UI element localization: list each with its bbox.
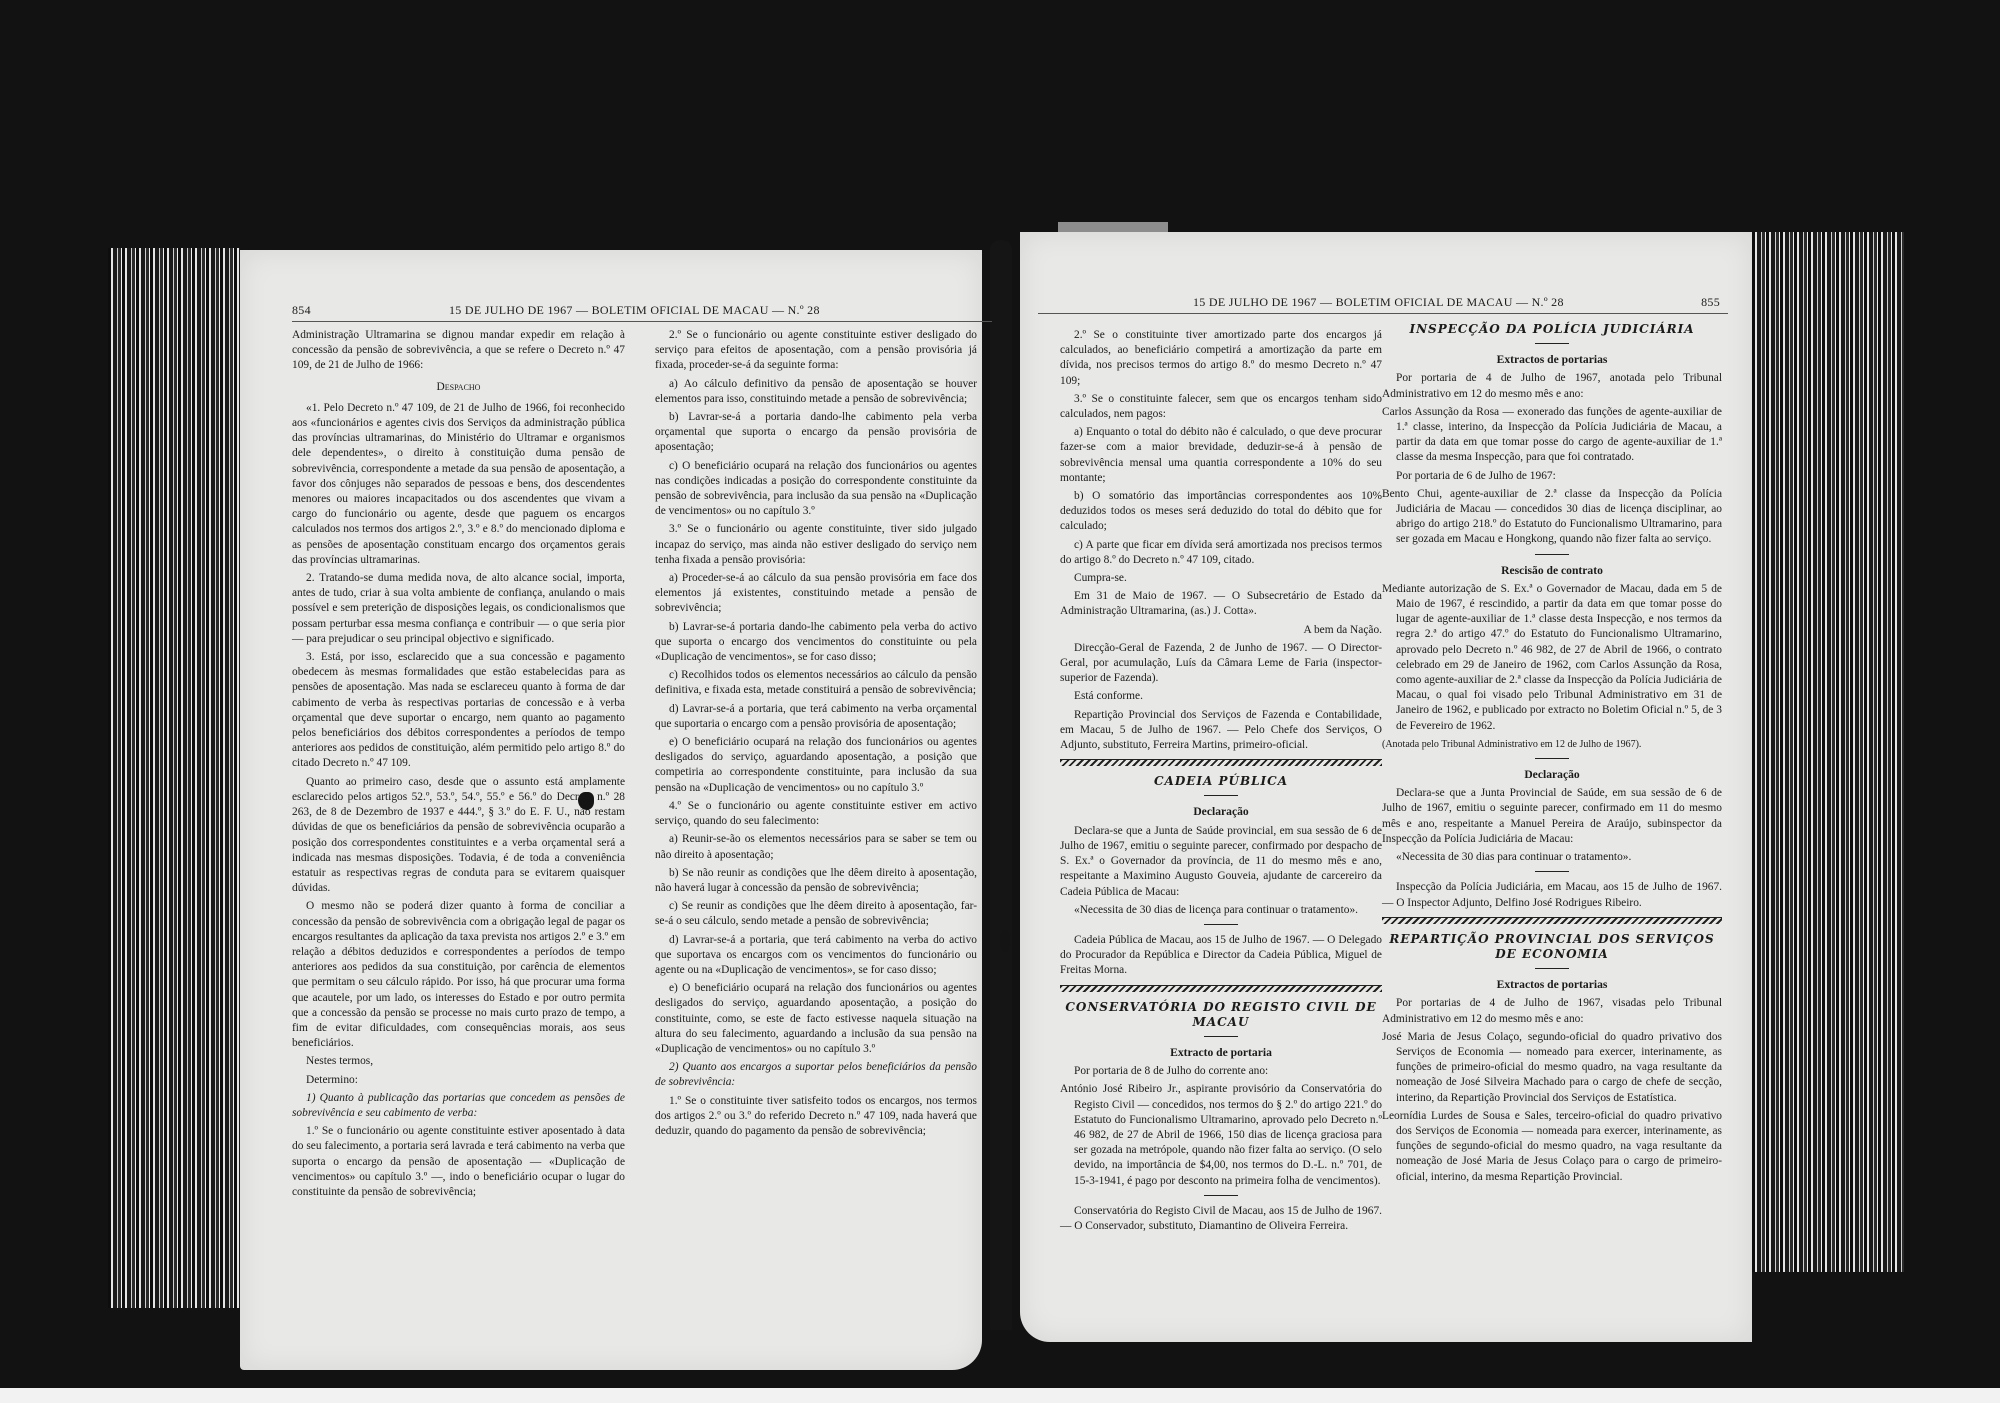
short-rule — [1204, 1036, 1238, 1037]
section-title-conservatoria: CONSERVATÓRIA DO REGISTO CIVIL DE MACAU — [1060, 1000, 1382, 1030]
paragraph: Carlos Assunção da Rosa — exonerado das … — [1382, 405, 1722, 466]
running-head-right: 15 DE JULHO DE 1967 — BOLETIM OFICIAL DE… — [1038, 295, 1728, 314]
paragraph: José Maria de Jesus Colaço, segundo-ofic… — [1382, 1030, 1722, 1106]
paragraph: c) Recolhidos todos os elementos necessá… — [655, 668, 977, 698]
paragraph: a) Ao cálculo definitivo da pensão de ap… — [655, 377, 977, 407]
paragraph: 3.º Se o funcionário ou agente constitui… — [655, 522, 977, 568]
short-rule — [1535, 554, 1569, 555]
section-title-policia-judiciaria: INSPECÇÃO DA POLÍCIA JUDICIÁRIA — [1382, 322, 1722, 337]
quote: «Necessita de 30 dias para continuar o t… — [1382, 850, 1722, 865]
section-title-cadeia-publica: CADEIA PÚBLICA — [1060, 774, 1382, 789]
short-rule — [1204, 924, 1238, 925]
paragraph: Por portaria de 6 de Julho de 1967: — [1382, 469, 1722, 484]
short-rule — [1535, 871, 1569, 872]
paragraph: b) Lavrar-se-á a portaria dando-lhe cabi… — [655, 410, 977, 456]
paragraph: Cumpra-se. — [1060, 571, 1382, 586]
paragraph: Mediante autorização de S. Ex.ª o Govern… — [1382, 582, 1722, 734]
paragraph: Por portaria de 8 de Julho do corrente a… — [1060, 1064, 1382, 1079]
section-divider — [1060, 985, 1382, 992]
paragraph: Bento Chui, agente-auxiliar de 2.ª class… — [1382, 487, 1722, 548]
ink-blot — [1000, 930, 1010, 952]
paragraph: Declara-se que a Junta Provincial de Saú… — [1382, 786, 1722, 847]
paragraph: Determino: — [292, 1073, 625, 1088]
paragraph: b) O somatório das importâncias correspo… — [1060, 489, 1382, 535]
paragraph: 1.º Se o constituinte tiver satisfeito t… — [655, 1094, 977, 1140]
cadeia-signature: Cadeia Pública de Macau, aos 15 de Julho… — [1060, 933, 1382, 979]
book-page-edges-left — [108, 248, 240, 1308]
reparticao-signature: Repartição Provincial dos Serviços de Fa… — [1060, 708, 1382, 754]
paragraph: b) Lavrar-se-á portaria dando-lhe cabime… — [655, 620, 977, 666]
paragraph: Nestes termos, — [292, 1054, 625, 1069]
page-number-right: 855 — [1701, 295, 1720, 310]
paragraph: d) Lavrar-se-á a portaria, que terá cabi… — [655, 933, 977, 979]
paragraph: a) Enquanto o total do débito não é calc… — [1060, 425, 1382, 486]
paragraph: c) A parte que ficar em dívida será amor… — [1060, 538, 1382, 568]
paragraph: a) Proceder-se-á ao cálculo da sua pensã… — [655, 571, 977, 617]
paragraph: Por portaria de 4 de Julho de 1967, anot… — [1382, 371, 1722, 401]
annotation-note: (Anotada pelo Tribunal Administrativo em… — [1382, 737, 1722, 752]
paragraph: 1.º Se o funcionário ou agente constitui… — [292, 1124, 625, 1200]
paragraph: Leornídia Lurdes de Sousa e Sales, terce… — [1382, 1109, 1722, 1185]
paragraph: 4.º Se o funcionário ou agente constitui… — [655, 799, 977, 829]
paragraph: Administração Ultramarina se dignou mand… — [292, 328, 625, 374]
short-rule — [1535, 968, 1569, 969]
running-head-title-right: 15 DE JULHO DE 1967 — BOLETIM OFICIAL DE… — [1193, 295, 1564, 310]
paragraph: O mesmo não se poderá dizer quanto à for… — [292, 899, 625, 1051]
short-rule — [1204, 1195, 1238, 1196]
subtitle-rescisao: Rescisão de contrato — [1382, 563, 1722, 578]
paragraph: 2.º Se o constituinte tiver amortizado p… — [1060, 328, 1382, 389]
subtitle-extractos: Extractos de portarias — [1382, 352, 1722, 367]
left-page-column-1: Administração Ultramarina se dignou mand… — [292, 328, 625, 1203]
paragraph: c) O beneficiário ocupará na relação dos… — [655, 459, 977, 520]
running-head-title-left: 15 DE JULHO DE 1967 — BOLETIM OFICIAL DE… — [449, 303, 820, 318]
paragraph: Quanto ao primeiro caso, desde que o ass… — [292, 775, 625, 897]
paragraph: «1. Pelo Decreto n.º 47 109, de 21 de Ju… — [292, 401, 625, 568]
subtitle-extracto: Extracto de portaria — [1060, 1045, 1382, 1060]
subtitle-extractos: Extractos de portarias — [1382, 977, 1722, 992]
section-divider — [1382, 917, 1722, 924]
paragraph: b) Se não reunir as condições que lhe dê… — [655, 866, 977, 896]
paragraph: c) Se reunir as condições que lhe dêem d… — [655, 899, 977, 929]
book-gutter — [990, 240, 1012, 1330]
paragraph: Declara-se que a Junta de Saúde provinci… — [1060, 824, 1382, 900]
policia-signature: Inspecção da Polícia Judiciária, em Maca… — [1382, 880, 1722, 910]
paragraph: a) Reunir-se-ão os elementos necessários… — [655, 832, 977, 862]
paragraph: e) O beneficiário ocupará na relação dos… — [655, 981, 977, 1057]
running-head-left: 854 15 DE JULHO DE 1967 — BOLETIM OFICIA… — [292, 303, 992, 322]
quote: «Necessita de 30 dias de licença para co… — [1060, 903, 1382, 918]
paragraph: 2) Quanto aos encargos a suportar pelos … — [655, 1060, 977, 1090]
ink-blot — [578, 792, 594, 810]
paragraph: 2.º Se o funcionário ou agente constitui… — [655, 328, 977, 374]
right-page-column-2: INSPECÇÃO DA POLÍCIA JUDICIÁRIA Extracto… — [1382, 318, 1722, 1188]
page-number-left: 854 — [292, 303, 311, 318]
paragraph: e) O beneficiário ocupará na relação dos… — [655, 735, 977, 796]
short-rule — [1204, 795, 1238, 796]
paragraph: 3. Está, por isso, esclarecido que a sua… — [292, 650, 625, 772]
esta-conforme: Está conforme. — [1060, 689, 1382, 704]
section-divider — [1060, 759, 1382, 766]
conservatoria-signature: Conservatória do Registo Civil de Macau,… — [1060, 1204, 1382, 1234]
short-rule — [1535, 343, 1569, 344]
paragraph: António José Ribeiro Jr., aspirante prov… — [1060, 1082, 1382, 1188]
closing-formula: A bem da Nação. — [1060, 623, 1382, 638]
subtitle-declaracao: Declaração — [1060, 804, 1382, 819]
section-title-economia: REPARTIÇÃO PROVINCIAL DOS SERVIÇOS DE EC… — [1382, 932, 1722, 962]
subtitle-declaracao: Declaração — [1382, 767, 1722, 782]
paragraph: d) Lavrar-se-á a portaria, que terá cabi… — [655, 702, 977, 732]
heading-despacho: Despacho — [292, 380, 625, 395]
paragraph: 1) Quanto à publicação das portarias que… — [292, 1091, 625, 1121]
paragraph: Por portarias de 4 de Julho de 1967, vis… — [1382, 996, 1722, 1026]
right-page-column-1: 2.º Se o constituinte tiver amortizado p… — [1060, 328, 1382, 1237]
book-page-edges-right — [1752, 232, 1904, 1272]
paragraph: 2. Tratando-se duma medida nova, de alto… — [292, 571, 625, 647]
paragraph: Em 31 de Maio de 1967. — O Subsecretário… — [1060, 589, 1382, 619]
paragraph: 3.º Se o constituinte falecer, sem que o… — [1060, 392, 1382, 422]
signature-fazenda: Direcção-Geral de Fazenda, 2 de Junho de… — [1060, 641, 1382, 687]
short-rule — [1535, 758, 1569, 759]
scan-bottom-strip — [0, 1388, 2000, 1403]
left-page-column-2: 2.º Se o funcionário ou agente constitui… — [655, 328, 977, 1142]
